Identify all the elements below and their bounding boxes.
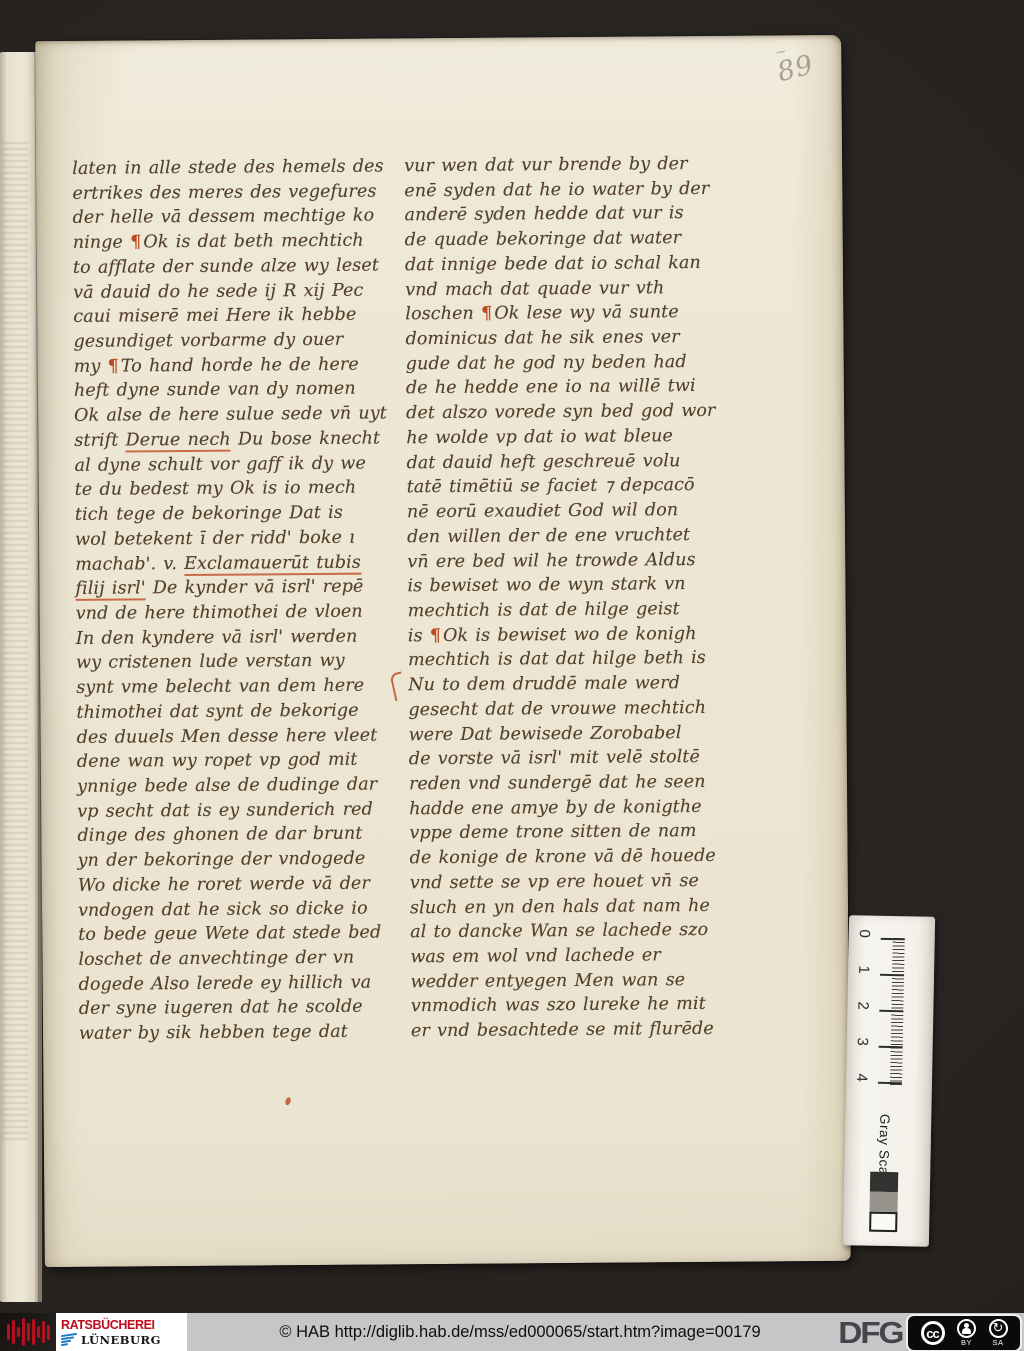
manuscript-text-line: der helle vā dessem mechtige ko xyxy=(72,204,398,231)
logo-bar xyxy=(42,1321,45,1343)
cc-sa-arrow-icon: ↻ xyxy=(989,1319,1008,1338)
cc-sa-label: SA xyxy=(992,1339,1003,1347)
manuscript-text-line: nē eorū exaudiet God wil don xyxy=(407,498,725,525)
gray-scale-ruler: Gray Scale 01234 xyxy=(843,915,935,1247)
manuscript-text-line: is ¶Ok is bewiset wo de konigh xyxy=(408,621,726,648)
manuscript-text-line: ninge ¶Ok is dat beth mechtich xyxy=(73,228,399,255)
manuscript-text-line: der syne iugeren dat he scolde xyxy=(79,995,405,1022)
manuscript-text-line: wol betekent ī der ridd' boke ı xyxy=(75,525,401,552)
book-gutter-page-edges xyxy=(0,52,40,1302)
copyright-url-text: © HAB http://diglib.hab.de/mss/ed000065/… xyxy=(220,1313,820,1351)
manuscript-text-line: dat innige bede dat io schal kan xyxy=(405,251,723,278)
manuscript-text-line: ynnige bede alse de dudinge dar xyxy=(77,772,403,799)
manuscript-text-line: des duuels Men desse here vleet xyxy=(77,723,403,750)
ruler-gray-patches xyxy=(869,1172,898,1233)
manuscript-text-line: vp secht dat is ey sunderich red xyxy=(77,797,403,824)
manuscript-text-line: anderē syden hedde dat vur is xyxy=(404,201,722,228)
logo-bar xyxy=(32,1319,35,1345)
ruler-number: 2 xyxy=(855,1001,871,1017)
manuscript-text-line: gude dat he god ny beden had xyxy=(406,350,724,377)
manuscript-text-line: den willen der de ene vruchtet xyxy=(407,523,725,550)
manuscript-text-line: my ¶To hand horde he de here xyxy=(74,352,400,379)
manuscript-text-line: filij isrl' De kynder vā isrl' repē xyxy=(75,575,401,602)
manuscript-text-line: were Dat bewisede Zorobabel xyxy=(409,720,727,747)
manuscript-text-line: dogede Also lerede ey hillich va xyxy=(79,970,405,997)
manuscript-text-line: yn der bekoringe der vndogede xyxy=(78,846,404,873)
manuscript-text-line: dominicus dat he sik enes ver xyxy=(405,325,723,352)
ruler-major-tick xyxy=(880,974,904,976)
manuscript-text-line: ertrikes des meres des vegefures xyxy=(72,179,398,206)
manuscript-text-line: sluch en yn den hals dat nam he xyxy=(410,893,728,920)
manuscript-text-line: dinge des ghonen de dar brunt xyxy=(77,822,403,849)
page-number: 89 xyxy=(774,49,817,88)
manuscript-text-line: vn̄ ere bed wil he trowde Aldus xyxy=(407,547,725,574)
manuscript-text-line: In den kyndere vā isrl' werden xyxy=(76,624,402,651)
ruler-patch-0 xyxy=(870,1172,898,1193)
manuscript-text-line: to afflate der sunde alze wy leset xyxy=(73,253,399,280)
manuscript-text-line: caui miserē mei Here ik hebbe xyxy=(73,303,399,330)
logo-bar xyxy=(27,1323,30,1341)
manuscript-text-line: de vorste vā isrl' mit velē stoltē xyxy=(409,745,727,772)
facing-page-faint-text xyxy=(2,142,28,1142)
book-fan-icon xyxy=(61,1333,77,1346)
ratsbuecherei-logo: RATSBÜCHEREI LÜNEBURG xyxy=(0,1313,187,1351)
manuscript-text-line: vur wen dat vur brende by der xyxy=(404,152,722,179)
manuscript-text-line: te du bedest my Ok is io mech xyxy=(75,476,401,503)
manuscript-column-left: laten in alle stede des hemels desertrik… xyxy=(72,154,405,1046)
manuscript-text-line: dene wan wy ropet vp god mit xyxy=(77,748,403,775)
manuscript-text-line: tich tege de bekoringe Dat is xyxy=(75,500,401,527)
manuscript-text-line: vnd sette se vp ere houet vn̄ se xyxy=(410,869,728,896)
cc-by-person-icon xyxy=(957,1319,976,1338)
manuscript-text-line: hadde ene amye by de konigthe xyxy=(409,794,727,821)
manuscript-text-line: wy cristenen lude verstan wy xyxy=(76,649,402,676)
cc-sa-item: ↻ SA xyxy=(989,1319,1008,1347)
manuscript-text-line: gesecht dat de vrouwe mechtich xyxy=(408,696,726,723)
cc-by-label: BY xyxy=(961,1339,972,1347)
ruler-patch-1 xyxy=(869,1192,897,1213)
ruler-major-tick xyxy=(878,1082,902,1084)
logo-bar xyxy=(7,1324,10,1340)
ratsbuecherei-bars-icon xyxy=(0,1313,56,1351)
manuscript-text-line: tatē timētiū se faciet ⁊ depcacō xyxy=(407,473,725,500)
ruler-patch-2 xyxy=(869,1212,897,1233)
manuscript-text-line: he wolde vp dat io wat bleue xyxy=(406,424,724,451)
manuscript-text-line: de quade bekoringe dat water xyxy=(405,226,723,253)
footer-bar: RATSBÜCHEREI LÜNEBURG © HAB http://digli… xyxy=(0,1313,1024,1351)
manuscript-text-line: vā dauid do he sede ij R xij Pec xyxy=(73,278,399,305)
manuscript-text-line: reden vnd sundergē dat he seen xyxy=(409,770,727,797)
ruler-major-tick xyxy=(879,1046,903,1048)
manuscript-text-line: mechtich is dat dat hilge beth is xyxy=(408,646,726,673)
manuscript-text-line: vnd de here thimothei de vloen xyxy=(76,599,402,626)
ruler-number: 4 xyxy=(854,1073,870,1089)
manuscript-text-line: al to dancke Wan se lachede szo xyxy=(410,918,728,945)
manuscript-text-line: gesundiget vorbarme dy ouer xyxy=(73,327,399,354)
manuscript-text-line: was em wol vnd lachede er xyxy=(410,943,728,970)
manuscript-text-line: to bede geue Wete dat stede bed xyxy=(78,921,404,948)
manuscript-text-line: det alszo vorede syn bed god wor xyxy=(406,399,724,426)
logo-bar xyxy=(22,1318,25,1346)
logo-bar xyxy=(12,1320,15,1344)
manuscript-text-line: heft dyne sunde van dy nomen xyxy=(74,377,400,404)
logo-bar xyxy=(47,1325,50,1340)
manuscript-text-line: vndogen dat he sick so dicke io xyxy=(78,896,404,923)
ratsbuecherei-wordmark: RATSBÜCHEREI LÜNEBURG xyxy=(56,1313,187,1351)
manuscript-text-line: strift Derue nech Du bose knecht xyxy=(74,426,400,453)
cc-by-item: BY xyxy=(957,1319,976,1347)
manuscript-text-line: de he hedde ene io na willē twi xyxy=(406,374,724,401)
manuscript-text-line: de konige de krone vā dē houede xyxy=(410,844,728,871)
cc-icon: cc xyxy=(921,1321,945,1345)
ruler-number: 0 xyxy=(857,929,873,945)
manuscript-text-line: vnmodich was szo lureke he mit xyxy=(411,992,729,1019)
manuscript-text-line: vnd mach dat quade vur vth xyxy=(405,275,723,302)
manuscript-text-line: er vnd besachtede se mit flurēde xyxy=(411,1017,729,1044)
manuscript-text-line: loschen ¶Ok lese wy vā sunte xyxy=(405,300,723,327)
library-city: LÜNEBURG xyxy=(81,1333,161,1347)
ruler-major-tick xyxy=(881,938,905,940)
manuscript-text-line: vppe deme trone sitten de nam xyxy=(409,819,727,846)
ruler-major-tick xyxy=(879,1010,903,1012)
ruler-number: 1 xyxy=(856,965,872,981)
manuscript-text-line: Nu to dem druddē male werd xyxy=(408,671,726,698)
manuscript-text-line: loschet de anvechtinge der vn xyxy=(78,945,404,972)
manuscript-page: 89 laten in alle stede des hemels desert… xyxy=(35,35,851,1267)
manuscript-text-line: water by sik hebben tege dat xyxy=(79,1019,405,1046)
manuscript-text-line: synt vme belecht van dem here xyxy=(76,673,402,700)
manuscript-text-line: wedder entyegen Men wan se xyxy=(411,967,729,994)
manuscript-column-right: vur wen dat vur brende by derenē syden … xyxy=(404,152,729,1044)
manuscript-text-line: Ok alse de here sulue sede vn̄ uyt xyxy=(74,402,400,429)
logo-bar xyxy=(17,1327,20,1337)
manuscript-text-line: dat dauid heft geschreuē volu xyxy=(406,448,724,475)
ruler-number: 3 xyxy=(855,1037,871,1053)
manuscript-text-line: mechtich is dat de hilge geist xyxy=(408,597,726,624)
dfg-logo: DFG xyxy=(838,1314,902,1351)
manuscript-text-line: Wo dicke he roret werde vā der xyxy=(78,871,404,898)
logo-bar xyxy=(37,1326,40,1338)
manuscript-text-line: machab'. v. Exclamauerūt tubis xyxy=(75,550,401,577)
library-name: RATSBÜCHEREI xyxy=(61,1318,183,1333)
manuscript-text-line: is bewiset wo de wyn stark vn xyxy=(407,572,725,599)
manuscript-text-line: al dyne schult vor gaff ik dy we xyxy=(74,451,400,478)
manuscript-text-line: enē syden dat he io water by der xyxy=(404,177,722,204)
ink-blot xyxy=(284,1097,291,1106)
manuscript-text-line: thimothei dat synt de bekorige xyxy=(76,698,402,725)
manuscript-text-line: laten in alle stede des hemels des xyxy=(72,154,398,181)
manuscript-scan: 89 laten in alle stede des hemels desert… xyxy=(0,0,1024,1313)
cc-license-badge: cc BY ↻ SA xyxy=(906,1314,1022,1351)
